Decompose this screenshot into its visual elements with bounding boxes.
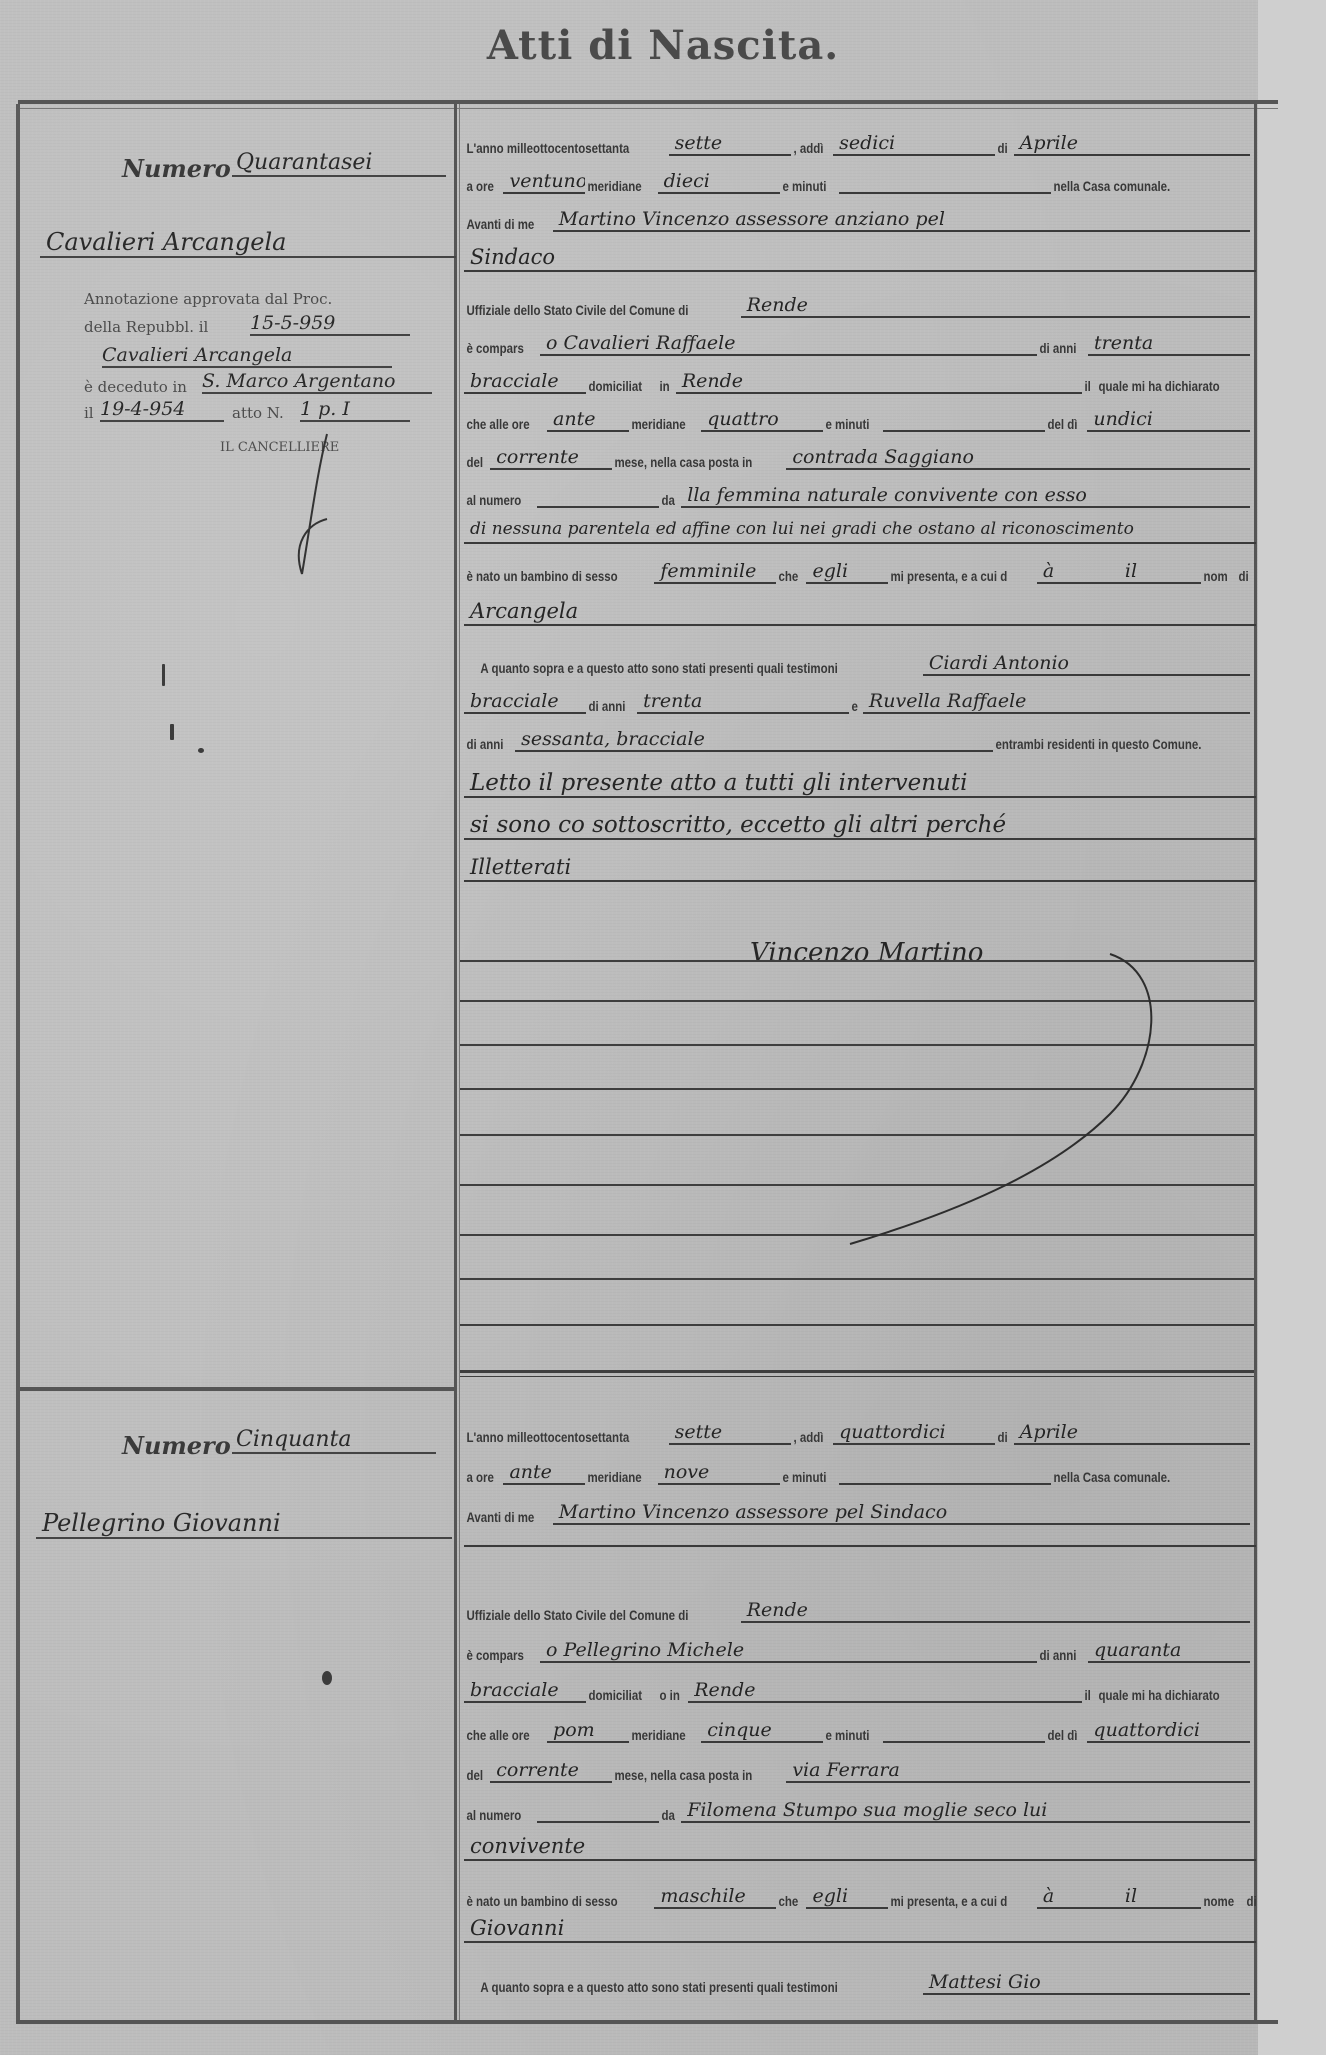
declarant-name-field: o Pellegrino Michele [540,1639,1037,1663]
witness-2-field: Ruvella Raffaele [863,690,1250,714]
birth-minutes-field [883,1741,1045,1743]
form-row-witnesses: A quanto sopra e a questo atto sono stat… [464,652,1250,676]
officer-continued-field: Sindaco [464,244,1256,272]
hour-field: ventuno [503,170,585,194]
numero-label: Numero [122,1431,231,1460]
closing-line-1: Letto il presente atto a tutti gli inter… [464,770,1256,798]
frame-right-border [1254,104,1257,2022]
numero-label: Numero [122,154,231,183]
year-field: sette [669,1421,791,1445]
birth-hour-field: pom [547,1719,629,1743]
comune-field: Rende [741,1599,1250,1623]
hour-words-field: nove [658,1461,780,1485]
birth-hour-words-field: cinque [701,1719,823,1743]
child-name-field: Arcangela [464,598,1256,626]
hour-field: ante [503,1461,585,1485]
declarant-occupation-field: bracciale [464,370,586,394]
form-row-declarant: è compars o Cavalieri Raffaele di anni t… [464,332,1250,356]
deceased-label: è deceduto in [84,378,187,396]
witness-2-age-field: sessanta, bracciale [515,728,993,752]
form-row-hour: a ore ventuno meridiane dieci e minuti n… [464,170,1250,194]
comune-field: Rende [741,294,1250,318]
form-row-domicile: bracciale domiciliat o in Rende il quale… [464,1679,1250,1703]
record-1-margin: Numero Quarantasei Cavalieri Arcangela A… [22,104,450,1387]
atto-label: atto N. [232,404,284,422]
mother-continued-field: convivente [464,1833,1256,1861]
margin-child-name: Pellegrino Giovanni [36,1509,452,1539]
birth-day-field: undici [1087,408,1250,432]
cancelliere-signature-icon [272,424,352,584]
closing-line-2: si sono co sottoscritto, eccetto gli alt… [464,812,1256,840]
column-divider [454,104,457,2022]
domicile-field: Rende [676,370,1083,394]
annotation-line-2-label: della Repubbl. il [84,318,208,336]
ruled-line [460,1370,1254,1373]
declarant-age-field: trenta [1088,332,1250,356]
declarant-occupation-field: bracciale [464,1679,586,1703]
form-row-declarant: è compars o Pellegrino Michele di anni q… [464,1639,1250,1663]
form-row-sex: è nato un bambino di sesso maschile che … [464,1885,1250,1909]
page-edge [1258,0,1326,2055]
signature-flourish-icon [690,944,1190,1264]
witness-1-age-field: trenta [637,690,849,714]
birth-minutes-field [883,430,1045,432]
form-row-witness-ages: bracciale di anni trenta e Ruvella Raffa… [464,690,1250,714]
form-row-birth-place: del corrente mese, nella casa posta in v… [464,1759,1250,1783]
month-field: Aprile [1014,132,1250,156]
minutes-field [839,1483,1051,1485]
day-field: quattordici [833,1421,995,1445]
month-field: Aprile [1014,1421,1250,1445]
mother-field: lla femmina naturale convivente con esso [681,484,1250,508]
form-row-residence: di anni sessanta, bracciale entrambi res… [464,728,1250,752]
frame-bottom-border [16,2020,1278,2024]
record-2-body: L'anno milleottocentosettanta sette , ad… [460,1391,1254,2020]
numero-value: Cinquanta [232,1427,436,1454]
deceased-place: S. Marco Argentano [202,370,432,394]
hour-words-field: dieci [658,170,780,194]
death-date-label: il [84,404,94,422]
minutes-field [839,192,1051,194]
form-row-year-date: L'anno milleottocentosettanta sette , ad… [464,1421,1250,1445]
birth-month-field: corrente [490,446,612,470]
presenter-field: egli [806,1885,888,1909]
record-2-margin: Numero Cinquanta Pellegrino Giovanni [22,1391,450,2020]
birth-month-field: corrente [490,1759,612,1783]
ink-mark [198,748,204,753]
birth-day-field: quattordici [1087,1719,1250,1743]
annotation-name: Cavalieri Arcangela [102,344,392,368]
form-row-hour: a ore ante meridiane nove e minuti nella… [464,1461,1250,1485]
death-date: 19-4-954 [100,398,224,422]
ruled-line [460,1278,1254,1280]
witness-1-field: Ciardi Antonio [923,652,1250,676]
mother-continued-field: di nessuna parentela ed affine con lui n… [464,516,1256,544]
atto-value: 1 p. I [300,398,410,422]
ink-mark [170,724,174,740]
declarant-age-field: quaranta [1088,1639,1250,1663]
frame-left-border [16,104,20,2022]
house-number-field [537,506,659,508]
mother-field: Filomena Stumpo sua moglie seco lui [681,1799,1250,1823]
annotation-line-1: Annotazione approvata dal Proc. [84,290,332,308]
form-row-witnesses: A quanto sopra e a questo atto sono stat… [464,1971,1250,1995]
day-field: sedici [833,132,995,156]
form-row-year-date: L'anno milleottocentosettanta sette , ad… [464,132,1250,156]
form-row-mother: al numero da lla femmina naturale conviv… [464,484,1250,508]
presenter-field: egli [806,560,888,584]
year-field: sette [669,132,791,156]
ink-mark [322,1671,332,1685]
birth-hour-words-field: quattro [701,408,823,432]
witness-1-field: Mattesi Gio [923,1971,1250,1995]
form-row-officer: Avanti di me Martino Vincenzo assessore … [464,1501,1250,1525]
officer-continued-field [464,1545,1256,1547]
form-row-officer: Avanti di me Martino Vincenzo assessore … [464,208,1250,232]
birth-hour-field: ante [547,408,629,432]
closing-line-3: Illetterati [464,854,1256,882]
ruled-line [460,1324,1254,1326]
sex-field: maschile [654,1885,776,1909]
annotation-date: 15-5-959 [250,312,410,336]
officer-field: Martino Vincenzo assessore pel Sindaco [553,1501,1250,1525]
numero-value: Quarantasei [232,150,446,177]
witness-1-occupation-field: bracciale [464,690,586,714]
child-name-field: Giovanni [464,1915,1256,1943]
form-row-birth-time: che alle ore ante meridiane quattro e mi… [464,408,1250,432]
birth-place-field: contrada Saggiano [786,446,1250,470]
officer-field: Martino Vincenzo assessore anziano pel [553,208,1250,232]
house-number-field [537,1821,659,1823]
form-row-sex: è nato un bambino di sesso femminile che… [464,560,1250,584]
sex-field: femminile [654,560,776,584]
domicile-field: Rende [688,1679,1082,1703]
form-row-domicile: bracciale domiciliat in Rende il quale m… [464,370,1250,394]
form-row-comune: Uffiziale dello Stato Civile del Comune … [464,1599,1250,1623]
ink-mark [162,664,165,686]
birth-register-page: Atti di Nascita. Numero Quarantasei Cava… [0,0,1326,2055]
form-row-mother: al numero da Filomena Stumpo sua moglie … [464,1799,1250,1823]
form-row-birth-place: del corrente mese, nella casa posta in c… [464,446,1250,470]
birth-place-field: via Ferrara [786,1759,1250,1783]
form-row-comune: Uffiziale dello Stato Civile del Comune … [464,294,1250,318]
declarant-name-field: o Cavalieri Raffaele [540,332,1037,356]
form-row-birth-time: che alle ore pom meridiane cinque e minu… [464,1719,1250,1743]
record-1-body: L'anno milleottocentosettanta sette , ad… [460,104,1254,1387]
ruled-line [460,1376,1254,1377]
margin-child-name: Cavalieri Arcangela [40,228,456,258]
page-title: Atti di Nascita. [0,22,1326,69]
